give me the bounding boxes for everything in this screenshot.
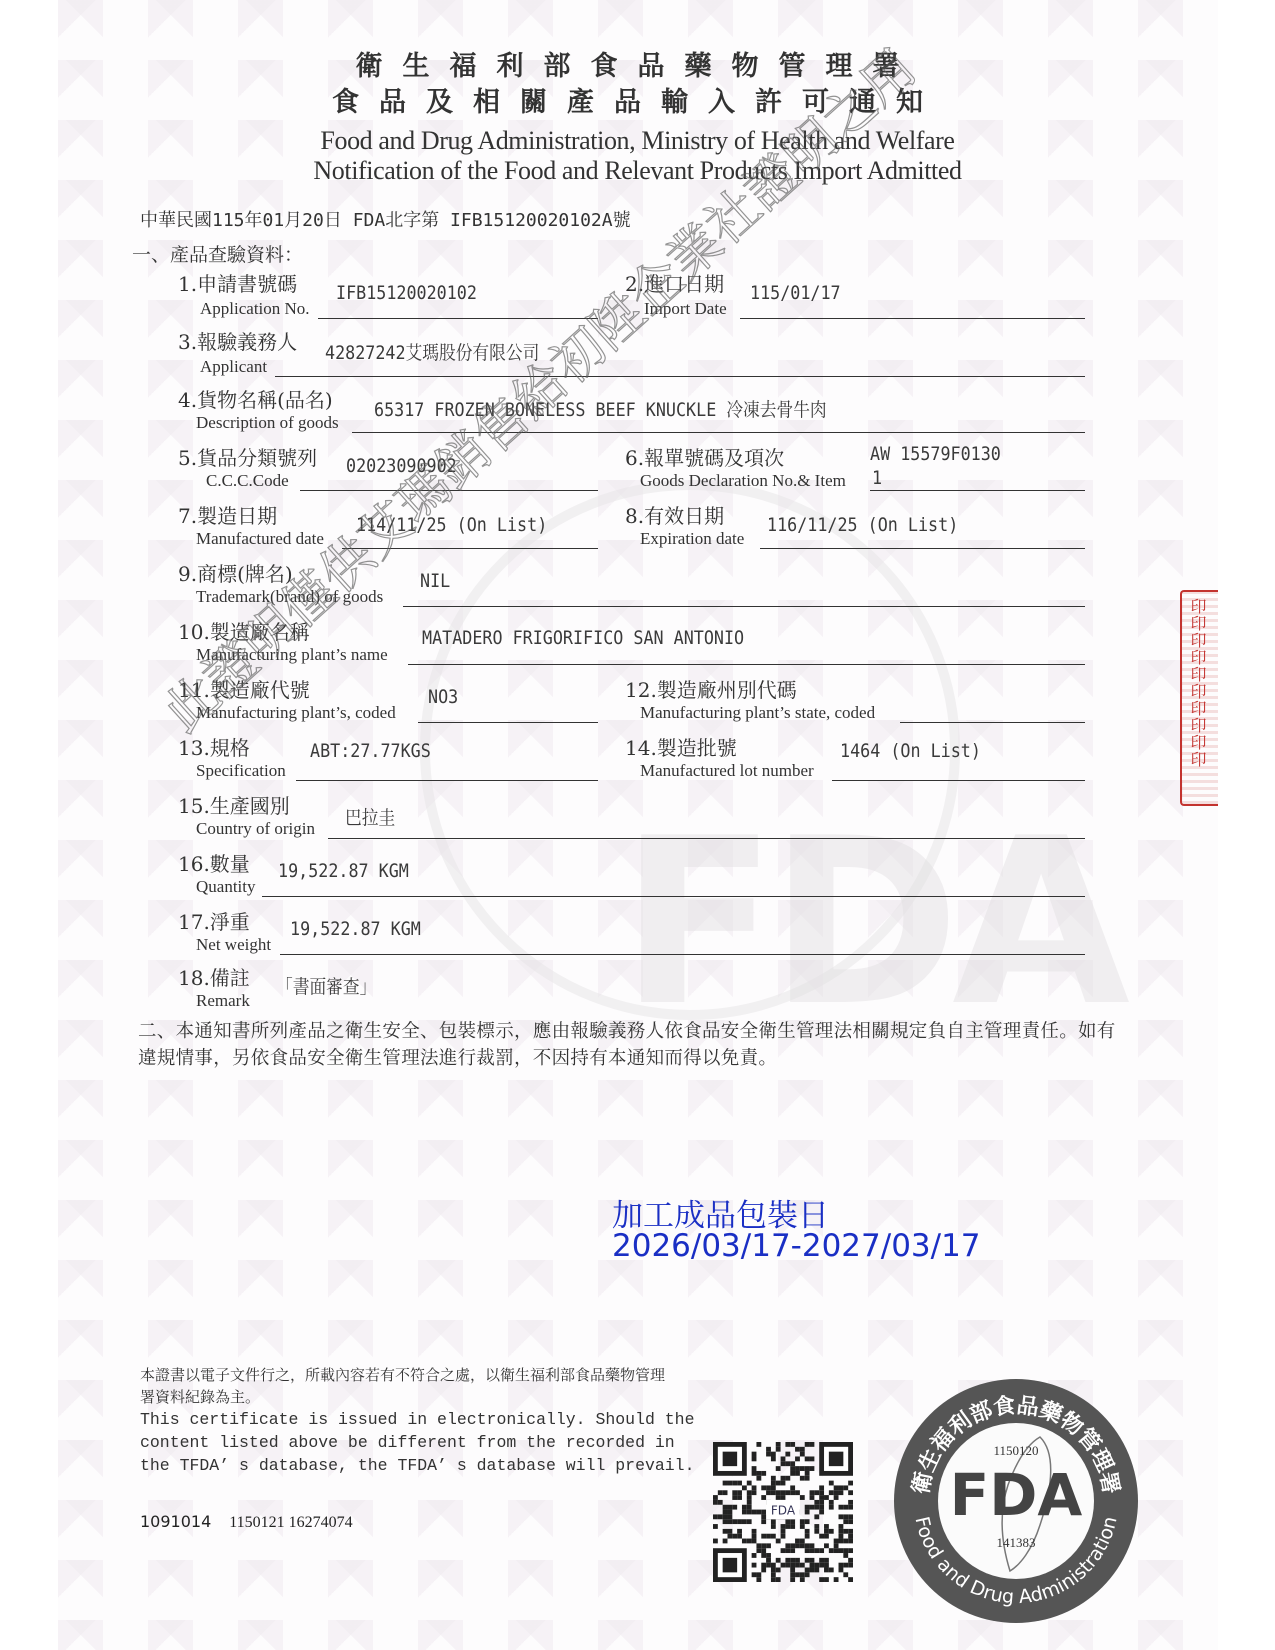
footer-codes: 10910141150121 16274074 [140, 1512, 353, 1532]
footer-code-a: 1091014 [140, 1512, 211, 1531]
field-underline [900, 722, 1085, 723]
field-underline [760, 548, 1085, 549]
field-label-zh: 4.貨物名稱(品名) [178, 384, 333, 413]
field-underline [832, 780, 1085, 781]
field-underline [870, 490, 1085, 491]
field-underline [296, 780, 598, 781]
field-label-en: Goods Declaration No.& Item [640, 471, 846, 491]
disclaimer-en-line-2: content listed above be different from t… [140, 1431, 675, 1454]
field-underline [418, 722, 598, 723]
field-underline [280, 954, 1085, 955]
field-label-en: Description of goods [196, 413, 339, 433]
field-label-zh: 15.生產國別 [178, 790, 290, 819]
field-label-en: Expiration date [640, 529, 744, 549]
field-label-en: Quantity [196, 877, 256, 897]
section-1-heading: 一、產品查驗資料： [132, 240, 303, 267]
disclaimer-en-line-3: the TFDA’ s database, the TFDA’ s databa… [140, 1454, 695, 1477]
field-underline [740, 318, 1085, 319]
svg-text:1150120: 1150120 [993, 1443, 1038, 1458]
field-value: 42827242艾瑪股份有限公司 [325, 338, 539, 365]
field-value: AW 15579F0130 [870, 443, 1001, 465]
field-label-zh: 7.製造日期 [178, 500, 277, 529]
field-label-en: Specification [196, 761, 286, 781]
section-2-text: 二、本通知書所列產品之衛生安全、包裝標示，應由報驗義務人依食品安全衛生管理法相關… [138, 1018, 1128, 1072]
field-label-en: C.C.C.Code [206, 471, 289, 491]
background-fda-logo: FDA [620, 790, 1122, 1057]
field-value-item: 1 [872, 467, 882, 489]
field-label-zh: 5.貨品分類號列 [178, 442, 317, 471]
field-value: 1464 (On List) [840, 740, 981, 762]
field-label-zh: 6.報單號碼及項次 [625, 442, 784, 471]
field-underline [328, 838, 1085, 839]
field-value: 116/11/25 (On List) [767, 514, 958, 536]
agency-title-zh: 衛生福利部食品藥物管理署 [0, 44, 1275, 83]
field-label-zh: 18.備註 [178, 962, 250, 991]
field-label-zh: 16.數量 [178, 848, 250, 877]
disclaimer-en-line-1: This certificate is issued in electronic… [140, 1408, 695, 1431]
svg-text:FDA: FDA [950, 1461, 1083, 1529]
footer-code-b: 1150121 16274074 [229, 1514, 352, 1531]
field-label-en: Manufacturing plant’s state, coded [640, 703, 875, 723]
field-underline [275, 376, 1085, 377]
field-underline [262, 896, 1085, 897]
field-label-en: Country of origin [196, 819, 315, 839]
svg-text:141383: 141383 [997, 1535, 1036, 1550]
field-label-zh: 17.淨重 [178, 906, 250, 935]
field-underline [408, 664, 1085, 665]
packaging-date-range: 2026/03/17-2027/03/17 [612, 1228, 981, 1264]
agency-title-en: Food and Drug Administration, Ministry o… [0, 126, 1275, 156]
field-label-zh: 8.有效日期 [625, 500, 724, 529]
notice-title-en: Notification of the Food and Relevant Pr… [0, 156, 1275, 186]
field-value: 19,522.87 KGM [278, 860, 409, 882]
field-value: 19,522.87 KGM [290, 918, 421, 940]
field-value: 115/01/17 [750, 282, 841, 304]
field-label-zh: 12.製造廠州別代碼 [625, 674, 797, 703]
field-value: NO3 [428, 686, 458, 708]
field-underline [403, 606, 1085, 607]
field-label-zh: 1.申請書號碼 [178, 268, 297, 297]
disclaimer-zh: 本證書以電子文件行之，所載內容若有不符合之處，以衛生福利部食品藥物管理署資料紀錄… [140, 1364, 665, 1408]
stamp-glyphs: 印印印印印印印印印印 [1186, 598, 1209, 768]
field-value: MATADERO FRIGORIFICO SAN ANTONIO [422, 627, 744, 649]
field-value: NIL [420, 570, 450, 592]
field-label-zh: 3.報驗義務人 [178, 326, 297, 355]
field-label-en: Remark [196, 991, 250, 1011]
field-value: 「書面審查」 [276, 972, 376, 999]
side-red-stamp: 印印印印印印印印印印 [1180, 590, 1218, 806]
svg-text:FDA: FDA [771, 1503, 796, 1517]
field-label-en: Application No. [200, 299, 310, 319]
reference-line: 中華民國115年01月20日 FDA北字第 IFB15120020102A號 [140, 206, 631, 232]
field-value: IFB15120020102 [336, 282, 477, 304]
field-value: ABT:27.77KGS [310, 740, 431, 762]
notice-title-zh: 食品及相關產品輸入許可通知 [0, 80, 1275, 119]
field-value: 巴拉圭 [345, 803, 395, 830]
qr-code-icon[interactable]: FDA [713, 1442, 853, 1582]
field-label-en: Applicant [200, 357, 267, 377]
field-label-en: Net weight [196, 935, 271, 955]
field-label-en: Manufactured lot number [640, 761, 814, 781]
field-value: 65317 FROZEN BONELESS BEEF KNUCKLE 冷凍去骨牛… [374, 395, 827, 422]
fda-seal: FDA 1150120 141383 衛生福利部食品藥物管理署 Food and… [890, 1375, 1142, 1627]
field-label-zh: 14.製造批號 [625, 732, 737, 761]
